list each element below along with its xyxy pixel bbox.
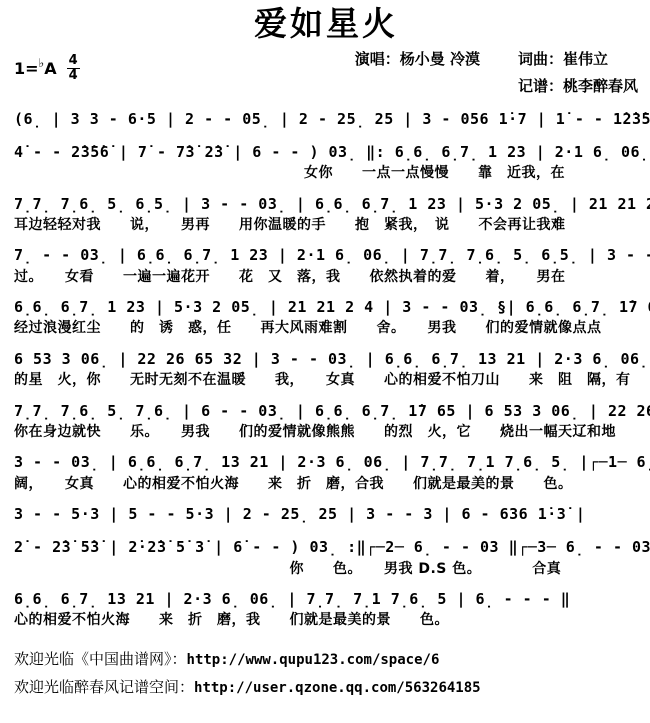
footer-site-url-2: http://user.qzone.qq.com/563264185: [194, 680, 481, 696]
music-system-10: 2̇ - 2̇3̇ 5̇3̇ | 2̇·2̇3̇ 5̇ 3̇ | 6̇ - - …: [14, 536, 638, 578]
notation-line: 3 - - 03̣ | 6̣6̣ 6̣7̣ 13 21 | 2·3 6̣ 06̣…: [14, 451, 638, 474]
music-system-8: 3 - - 03̣ | 6̣6̣ 6̣7̣ 13 21 | 2·3 6̣ 06̣…: [14, 451, 638, 493]
notation-line: 7̣7̣ 7̣6̣ 5̣ 6̣5̣ | 3 - - 03̣ | 6̣6̣ 6̣7…: [14, 193, 638, 216]
notation-line: 3 - - 5·3 | 5 - - 5·3 | 2 - 25̣ 25 | 3 -…: [14, 503, 638, 526]
lyrics-line: 你在身边就快 乐。 男我 们的爱情就像熊熊 的烈 火，它 烧出一幅天辽和地: [14, 424, 638, 442]
music-system-7: 7̣7̣ 7̣6̣ 5̣ 7̣6̣ | 6 - - 03̣ | 6̣6̣ 6̣7…: [14, 400, 638, 442]
time-signature-numerator: 4: [69, 54, 78, 68]
footer-site-label-2: 欢迎光临醉春风记谱空间：: [14, 678, 194, 696]
footer: 欢迎光临《中国曲谱网》：http://www.qupu123.com/space…: [14, 648, 638, 697]
lyrics-line: 耳边轻轻对我 说， 男再 用你温暖的手 抱 紧我， 说 不会再让我难: [14, 217, 638, 235]
notation-line: 2̇ - 2̇3̇ 5̇3̇ | 2̇·2̇3̇ 5̇ 3̇ | 6̇ - - …: [14, 536, 638, 559]
lyrics-line: 过。 女看 一遍一遍花开 花 又 落，我 依然执着的爱 着， 男在: [14, 269, 638, 287]
key-prefix: 1=: [14, 59, 39, 78]
flat-accidental-icon: ♭: [39, 56, 45, 70]
notator-label: 记谱：: [518, 77, 563, 95]
score-header: 1=♭A 4 4 演唱：杨小曼 冷漠 词曲：崔伟立 记谱：桃李醉春风: [14, 48, 638, 96]
performer-label: 演唱：: [355, 50, 400, 68]
credits: 演唱：杨小曼 冷漠 词曲：崔伟立 记谱：桃李醉春风: [355, 48, 638, 96]
lyrics-line: 你 色。 男我 D.S 色。 合真: [14, 561, 638, 579]
time-signature-denominator: 4: [67, 68, 80, 83]
music-system-9: 3 - - 5·3 | 5 - - 5·3 | 2 - 25̣ 25 | 3 -…: [14, 503, 638, 526]
notation-line: 7̣ - - 03̣ | 6̣6̣ 6̣7̣ 1 23 | 2·1 6̣ 06̣…: [14, 244, 638, 267]
music-system-5: 6̣6̣ 6̣7̣ 1 23 | 5·3 2 05̣ | 21 21 2 4 |…: [14, 296, 638, 338]
performer-names: 杨小曼 冷漠: [400, 50, 480, 68]
key-note: A: [44, 59, 56, 78]
footer-site-label-1: 欢迎光临《中国曲谱网》：: [14, 650, 187, 668]
music-system-4: 7̣ - - 03̣ | 6̣6̣ 6̣7̣ 1 23 | 2·1 6̣ 06̣…: [14, 244, 638, 286]
notation-line: (6̣ | 3 3 - 6·5 | 2 - - 05̣ | 2 - 25̣ 25…: [14, 108, 638, 131]
music-system-2: 4̇ - - 2̇3̇5̇6̇ | 7̇ - 7̇3̇ 2̇3̇ | 6 - -…: [14, 141, 638, 183]
composer-name: 崔伟立: [563, 50, 608, 68]
music-system-1: (6̣ | 3 3 - 6·5 | 2 - - 05̣ | 2 - 25̣ 25…: [14, 108, 638, 131]
notation-line: 4̇ - - 2̇3̇5̇6̇ | 7̇ - 7̇3̇ 2̇3̇ | 6 - -…: [14, 141, 638, 164]
notation-line: 6̣6̣ 6̣7̣ 1 23 | 5·3 2 05̣ | 21 21 2 4 |…: [14, 296, 638, 319]
performer-credit: 演唱：杨小曼 冷漠: [355, 48, 480, 69]
footer-site-line-2: 欢迎光临醉春风记谱空间：http://user.qzone.qq.com/563…: [14, 676, 638, 697]
lyrics-line: 心的相爱不怕火海 来 折 磨，我 们就是最美的景 色。: [14, 612, 638, 630]
music-system-11: 6̣6̣ 6̣7̣ 13 21 | 2·3 6̣ 06̣ | 7̣7̣ 7̣1 …: [14, 588, 638, 630]
notation-line: 6 53 3 06̣ | 22 26 65 32 | 3 - - 03̣ | 6…: [14, 348, 638, 371]
song-title: 爱如星火: [14, 4, 638, 44]
notator-name: 桃李醉春风: [563, 77, 638, 95]
key-signature: 1=♭A: [14, 59, 57, 78]
music-system-6: 6 53 3 06̣ | 22 26 65 32 | 3 - - 03̣ | 6…: [14, 348, 638, 390]
footer-site-url-1: http://www.qupu123.com/space/6: [187, 652, 440, 668]
sheet-music-page: 爱如星火 1=♭A 4 4 演唱：杨小曼 冷漠 词曲：崔伟立 记谱：桃李醉春风 …: [0, 0, 650, 723]
lyrics-line: 女你 一点一点慢慢 靠 近我，在: [14, 165, 638, 183]
notation-line: 6̣6̣ 6̣7̣ 13 21 | 2·3 6̣ 06̣ | 7̣7̣ 7̣1 …: [14, 588, 638, 611]
lyrics-line: 的星 火，你 无时无刻不在温暖 我， 女真 心的相爱不怕刀山 来 阻 隔，有: [14, 372, 638, 390]
time-signature: 4 4: [67, 54, 80, 84]
score-systems: (6̣ | 3 3 - 6·5 | 2 - - 05̣ | 2 - 25̣ 25…: [14, 108, 638, 630]
composer-label: 词曲：: [518, 50, 563, 68]
composer-credit: 词曲：崔伟立: [518, 48, 638, 69]
footer-site-line-1: 欢迎光临《中国曲谱网》：http://www.qupu123.com/space…: [14, 648, 638, 669]
key-time-signature: 1=♭A 4 4: [14, 54, 80, 84]
notation-line: 7̣7̣ 7̣6̣ 5̣ 7̣6̣ | 6 - - 03̣ | 6̣6̣ 6̣7…: [14, 400, 638, 423]
lyrics-line: 经过浪漫红尘 的 诱 惑，任 再大风雨难割 舍。 男我 们的爱情就像点点: [14, 320, 638, 338]
lyrics-line: 阔， 女真 心的相爱不怕火海 来 折 磨，合我 们就是最美的景 色。: [14, 476, 638, 494]
notator-credit: 记谱：桃李醉春风: [518, 75, 638, 96]
music-system-3: 7̣7̣ 7̣6̣ 5̣ 6̣5̣ | 3 - - 03̣ | 6̣6̣ 6̣7…: [14, 193, 638, 235]
